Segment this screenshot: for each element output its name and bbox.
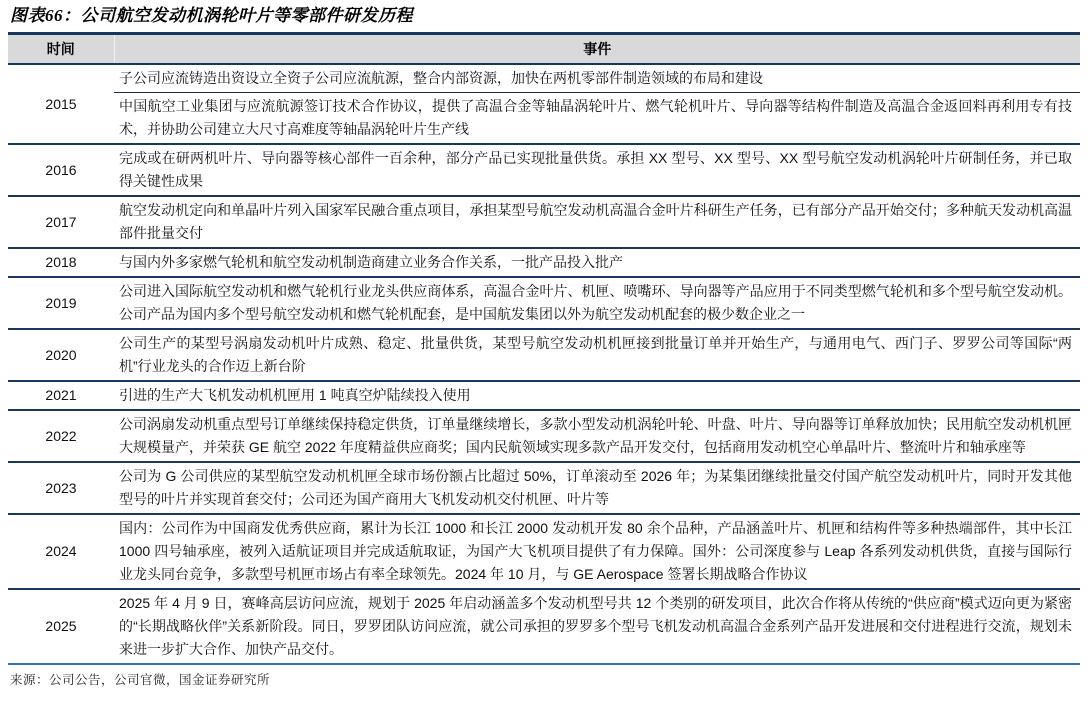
table-row: 2020公司生产的某型号涡扇发动机叶片成熟、稳定、批量供货，某型号航空发动机机匣… [8,329,1080,381]
event-cell: 中国航空工业集团与应流航源签订技术合作协议，提供了高温合金等轴晶涡轮叶片、燃气轮… [114,93,1080,145]
event-cell: 公司进入国际航空发动机和燃气轮机行业龙头供应商体系，高温合金叶片、机匣、喷嘴环、… [114,277,1080,329]
table-row: 中国航空工业集团与应流航源签订技术合作协议，提供了高温合金等轴晶涡轮叶片、燃气轮… [8,93,1080,145]
table-row: 20252025 年 4 月 9 日，赛峰高层访问应流，规划于 2025 年启动… [8,589,1080,664]
year-cell: 2024 [8,514,114,589]
table-row: 2016完成或在研两机叶片、导向器等核心部件一百余种，部分产品已实现批量供货。承… [8,144,1080,196]
year-cell: 2023 [8,462,114,514]
event-cell: 子公司应流铸造出资设立全资子公司应流航源，整合内部资源，加快在两机零部件制造领域… [114,64,1080,93]
table-row: 2017航空发动机定向和单晶叶片列入国家军民融合重点项目，承担某型号航空发动机高… [8,196,1080,248]
event-cell: 引进的生产大飞机发动机机匣用 1 吨真空炉陆续投入使用 [114,381,1080,410]
event-cell: 公司为 G 公司供应的某型航空发动机机匣全球市场份额占比超过 50%，订单滚动至… [114,462,1080,514]
table-row: 2024国内：公司作为中国商发优秀供应商，累计为长江 1000 和长江 2000… [8,514,1080,589]
year-cell: 2017 [8,196,114,248]
timeline-table: 时间 事件 2015子公司应流铸造出资设立全资子公司应流航源，整合内部资源，加快… [8,32,1080,665]
year-cell: 2022 [8,410,114,462]
table-row: 2023公司为 G 公司供应的某型航空发动机机匣全球市场份额占比超过 50%，订… [8,462,1080,514]
event-cell: 完成或在研两机叶片、导向器等核心部件一百余种，部分产品已实现批量供货。承担 XX… [114,144,1080,196]
table-row: 2021引进的生产大飞机发动机机匣用 1 吨真空炉陆续投入使用 [8,381,1080,410]
year-cell: 2020 [8,329,114,381]
event-cell: 2025 年 4 月 9 日，赛峰高层访问应流，规划于 2025 年启动涵盖多个… [114,589,1080,664]
event-cell: 公司涡扇发动机重点型号订单继续保持稳定供货，订单量继续增长，多款小型发动机涡轮叶… [114,410,1080,462]
year-cell: 2021 [8,381,114,410]
figure-title: 图表66：公司航空发动机涡轮叶片等零部件研发历程 [10,5,1080,27]
report-figure-page: 图表66：公司航空发动机涡轮叶片等零部件研发历程 时间 事件 2015子公司应流… [0,0,1088,688]
source-note: 来源：公司公告，公司官微，国金证券研究所 [10,670,1080,688]
year-cell: 2018 [8,248,114,277]
event-cell: 公司生产的某型号涡扇发动机叶片成熟、稳定、批量供货，某型号航空发动机机匣接到批量… [114,329,1080,381]
header-row: 时间 事件 [8,34,1080,65]
table-row: 2018与国内外多家燃气轮机和航空发动机制造商建立业务合作关系，一批产品投入批产 [8,248,1080,277]
table-body: 2015子公司应流铸造出资设立全资子公司应流航源，整合内部资源，加快在两机零部件… [8,64,1080,664]
table-row: 2019公司进入国际航空发动机和燃气轮机行业龙头供应商体系，高温合金叶片、机匣、… [8,277,1080,329]
table-row: 2015子公司应流铸造出资设立全资子公司应流航源，整合内部资源，加快在两机零部件… [8,64,1080,93]
event-cell: 与国内外多家燃气轮机和航空发动机制造商建立业务合作关系，一批产品投入批产 [114,248,1080,277]
table-row: 2022公司涡扇发动机重点型号订单继续保持稳定供货，订单量继续增长，多款小型发动… [8,410,1080,462]
year-cell: 2015 [8,64,114,144]
header-cell-time: 时间 [8,34,114,65]
year-cell: 2016 [8,144,114,196]
year-cell: 2025 [8,589,114,664]
header-cell-event: 事件 [114,34,1080,65]
table-header: 时间 事件 [8,34,1080,65]
event-cell: 国内：公司作为中国商发优秀供应商，累计为长江 1000 和长江 2000 发动机… [114,514,1080,589]
event-cell: 航空发动机定向和单晶叶片列入国家军民融合重点项目，承担某型号航空发动机高温合金叶… [114,196,1080,248]
year-cell: 2019 [8,277,114,329]
